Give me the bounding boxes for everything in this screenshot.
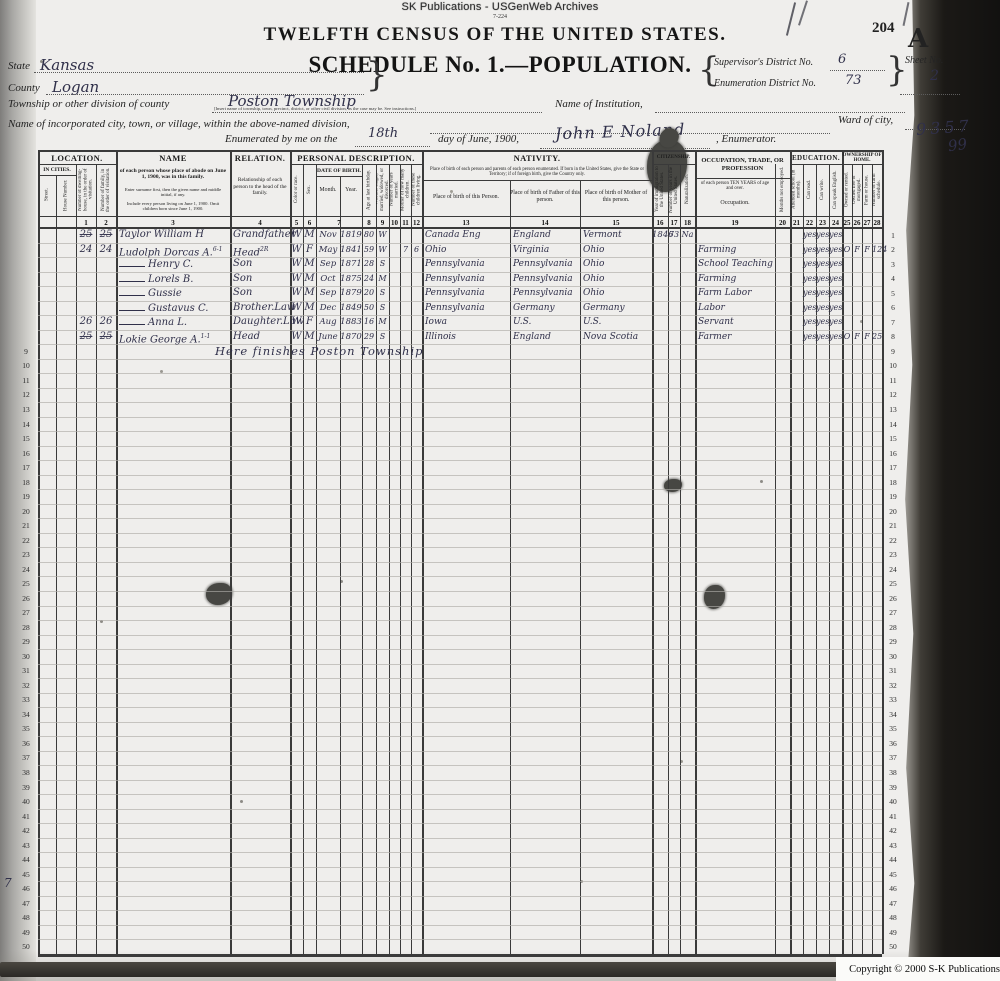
row5-pob: Pennsylvania <box>422 287 510 301</box>
col-label-owned: Owned or rented. <box>842 165 852 214</box>
row3-pob_m: Ohio <box>580 258 652 272</box>
row2-family: 24 <box>96 244 116 258</box>
col-number-farm: 27 <box>862 217 872 228</box>
row6-month: Dec <box>316 302 340 316</box>
dob-title: DATE OF BIRTH. <box>316 166 362 176</box>
row-number-right: 24 <box>885 562 901 577</box>
name-desc1: of each person whose place of abode on J… <box>118 167 228 181</box>
col-label-yrs_married: Number of years married. <box>389 165 400 214</box>
row7-month: Aug <box>316 316 340 330</box>
row2-dwell: 24 <box>76 244 96 258</box>
row6-sex: M <box>303 302 316 316</box>
row-number-left: 27 <box>18 606 34 621</box>
row-number-right: 20 <box>885 504 901 519</box>
row-line <box>38 852 882 853</box>
row6-age: 50 <box>362 302 376 316</box>
row-number-right: 1 <box>885 228 901 243</box>
row5-pob_m: Ohio <box>580 287 652 301</box>
row-number-right: 8 <box>885 330 901 345</box>
row6-write: yes <box>816 302 829 316</box>
row1-dwell: 25 <box>76 229 96 243</box>
row-number-right: 12 <box>885 388 901 403</box>
row1-pob_m: Vermont <box>580 229 652 243</box>
row-line <box>38 460 882 461</box>
nativity-desc: Place of birth of each person and parent… <box>424 165 650 179</box>
row6-pob: Pennsylvania <box>422 302 510 316</box>
row1-read: yes <box>803 229 816 243</box>
enumerator-suffix: , Enumerator. <box>716 133 776 145</box>
col-label-farm: Farm or house. <box>862 165 872 214</box>
col-number-months_unemp: 20 <box>775 217 790 228</box>
col-label-living: Number of these children living. <box>411 165 422 214</box>
row2-farm: F <box>862 244 872 258</box>
row-number-left: 42 <box>18 823 34 838</box>
row1-color: W <box>290 229 303 243</box>
column-line <box>389 164 390 954</box>
row-line <box>38 910 882 911</box>
col-label-months_unemp: Months not employed. <box>775 165 790 214</box>
row-number-right: 25 <box>885 576 901 591</box>
margin-mark: 7 <box>4 876 12 890</box>
col-number-pob_f: 14 <box>510 217 580 228</box>
relation-desc: Relationship of each person to the head … <box>233 172 287 202</box>
row-number-right: 5 <box>885 286 901 301</box>
row6-pob_m: Germany <box>580 302 652 316</box>
row2-relation: Head2R <box>230 244 290 258</box>
row-number-left: 29 <box>18 635 34 650</box>
row6-year: 1849 <box>340 302 362 316</box>
row-line <box>38 518 882 519</box>
col-label-family: Number of family, in the order of visita… <box>96 165 116 214</box>
row7-sex: F <box>303 316 316 330</box>
row-line <box>38 707 882 708</box>
row5-month: Sep <box>316 287 340 301</box>
row8-pob: Illinois <box>422 331 510 345</box>
page-letter: A <box>908 24 928 54</box>
row5-name: Gussie <box>116 287 230 301</box>
col-label-mortg: Owned free or mortgaged. <box>852 165 862 214</box>
col-label-color: Color or race. <box>290 165 303 214</box>
column-line <box>400 164 401 954</box>
row-number-left: 24 <box>18 562 34 577</box>
row-line <box>38 794 882 795</box>
row8-write: yes <box>816 331 829 345</box>
row7-pob: Iowa <box>422 316 510 330</box>
row3-relation: Son <box>230 258 290 272</box>
row8-farm: F <box>862 331 872 345</box>
state-label: State <box>8 60 30 72</box>
row7-family: 26 <box>96 316 116 330</box>
row6-relation: Brother.Law <box>230 302 290 316</box>
group-name: NAME <box>116 152 230 164</box>
col-number-mother: 11 <box>400 217 411 228</box>
row3-read: yes <box>803 258 816 272</box>
enumerated-date-rest: day of June, 1900, <box>438 133 519 145</box>
row-number-right: 26 <box>885 591 901 606</box>
row6-color: W <box>290 302 303 316</box>
row-line <box>38 939 882 940</box>
row3-pob_f: Pennsylvania <box>510 258 580 272</box>
row-number-right: 39 <box>885 780 901 795</box>
col-label-school: Attended school (in months). <box>790 165 803 214</box>
column-line <box>872 164 873 954</box>
sheet-label: Sheet No. <box>905 55 943 66</box>
row5-color: W <box>290 287 303 301</box>
row4-write: yes <box>816 273 829 287</box>
dob-year-label: Year. <box>340 185 362 195</box>
row8-year: 1870 <box>340 331 362 345</box>
row-number-right: 29 <box>885 635 901 650</box>
row-number-right: 9 <box>885 344 901 359</box>
col-label-english: Can speak English. <box>829 165 842 214</box>
enumerated-day-line <box>355 134 430 147</box>
row-line <box>38 431 882 432</box>
row-line <box>38 388 882 389</box>
col-number-name: 3 <box>116 217 230 228</box>
row-number-left: 33 <box>18 693 34 708</box>
row-number-left: 45 <box>18 867 34 882</box>
city-label: Name of incorporated city, town, or vill… <box>8 118 350 130</box>
row2-pob_m: Ohio <box>580 244 652 258</box>
name-desc3: Include every person living on June 1, 1… <box>120 200 226 212</box>
enumeration-value: 73 <box>845 73 862 88</box>
row-line <box>38 373 882 374</box>
row-number-left: 21 <box>18 518 34 533</box>
county-label: County <box>8 82 40 94</box>
row-number-left: 34 <box>18 707 34 722</box>
row-number-left: 35 <box>18 722 34 737</box>
row-number-left: 13 <box>18 402 34 417</box>
row-line <box>38 765 882 766</box>
row-number-left: 31 <box>18 664 34 679</box>
state-county-brace: } <box>366 55 388 95</box>
row-line <box>38 489 882 490</box>
row1-month: Nov <box>316 229 340 243</box>
row-number-right: 48 <box>885 910 901 925</box>
scan-bottom-strip <box>0 962 852 977</box>
row-number-right: 22 <box>885 533 901 548</box>
row-number-right: 11 <box>885 373 901 388</box>
row-number-left: 17 <box>18 460 34 475</box>
col-number-marital: 9 <box>376 217 389 228</box>
pob-father-label: Place of birth of Father of this person. <box>510 186 580 208</box>
column-line <box>96 164 97 954</box>
row-number-left: 26 <box>18 591 34 606</box>
row1-nat: Na <box>680 229 695 243</box>
row1-pob_f: England <box>510 229 580 243</box>
row8-sex: M <box>303 331 316 345</box>
row4-marital: M <box>376 273 389 287</box>
row-number-right: 41 <box>885 809 901 824</box>
group-personal: PERSONAL DESCRIPTION. <box>290 152 422 164</box>
row-number-right: 15 <box>885 431 901 446</box>
col-number-sex: 6 <box>303 217 316 228</box>
row4-occ: Farming <box>695 273 775 287</box>
col-label-street: Street. <box>38 176 56 214</box>
row7-color: W <box>290 316 303 330</box>
col-label-mother: Mother of how many children. <box>400 165 411 214</box>
row-line <box>38 838 882 839</box>
row-number-left: 10 <box>18 359 34 374</box>
row-number-right: 42 <box>885 823 901 838</box>
col-number-yrs_us: 17 <box>668 217 680 228</box>
row-number-right: 27 <box>885 606 901 621</box>
row8-owned: O <box>842 331 852 345</box>
dob-month-label: Month. <box>316 185 340 195</box>
row-number-right: 13 <box>885 402 901 417</box>
column-line <box>76 164 77 954</box>
row2-month: May <box>316 244 340 258</box>
row2-write: yes <box>816 244 829 258</box>
row4-color: W <box>290 273 303 287</box>
row1-imm: 1846 <box>652 229 668 243</box>
row6-read: yes <box>803 302 816 316</box>
column-line <box>852 164 853 954</box>
column-line <box>411 164 412 954</box>
row-line <box>38 649 882 650</box>
row-number-right: 43 <box>885 838 901 853</box>
row-number-right: 23 <box>885 547 901 562</box>
row8-relation: Head <box>230 331 290 345</box>
row5-write: yes <box>816 287 829 301</box>
row-line <box>38 809 882 810</box>
col-number-write: 23 <box>816 217 829 228</box>
row-number-left: 49 <box>18 925 34 940</box>
row-line <box>38 533 882 534</box>
row-number-right: 40 <box>885 794 901 809</box>
dob-underline <box>316 176 362 177</box>
row-number-right: 37 <box>885 751 901 766</box>
row8-english: yes <box>829 331 842 345</box>
handwritten-code-bottom: 99 <box>947 135 968 155</box>
row3-sex: M <box>303 258 316 272</box>
row3-age: 28 <box>362 258 376 272</box>
row-number-left: 37 <box>18 751 34 766</box>
row-number-right: 14 <box>885 417 901 432</box>
row7-name: Anna L. <box>116 316 230 330</box>
row-number-right: 46 <box>885 881 901 896</box>
row-line <box>38 736 882 737</box>
row-line <box>38 402 882 403</box>
row-number-left: 43 <box>18 838 34 853</box>
row8-sched: 25 <box>872 331 882 345</box>
col-label-read: Can read. <box>803 165 816 214</box>
row-number-right: 50 <box>885 939 901 954</box>
row5-age: 20 <box>362 287 376 301</box>
row5-sex: M <box>303 287 316 301</box>
col-number-occ: 19 <box>695 217 775 228</box>
row-line <box>38 547 882 548</box>
row-number-right: 19 <box>885 489 901 504</box>
row3-marital: S <box>376 258 389 272</box>
row-line <box>38 576 882 577</box>
col-number-yrs_married: 10 <box>389 217 400 228</box>
row8-dwell: 25 <box>76 331 96 345</box>
column-line <box>862 164 863 954</box>
row7-relation: Daughter.Law <box>230 316 290 330</box>
row1-family: 25 <box>96 229 116 243</box>
row3-color: W <box>290 258 303 272</box>
row8-family: 25 <box>96 331 116 345</box>
row5-occ: Farm Labor <box>695 287 775 301</box>
occupation-desc: of each person TEN YEARS of age and over… <box>697 180 773 192</box>
col-number-relation: 4 <box>230 217 290 228</box>
row-line <box>38 664 882 665</box>
col-number-mortg: 26 <box>852 217 862 228</box>
group-citizenship: CITIZENSHIP. <box>652 151 695 163</box>
row-line <box>38 591 882 592</box>
row-number-right: 28 <box>885 620 901 635</box>
row7-pob_m: U.S. <box>580 316 652 330</box>
column-line <box>668 164 669 954</box>
row2-color: W <box>290 244 303 258</box>
row-number-left: 22 <box>18 533 34 548</box>
row-number-left: 14 <box>18 417 34 432</box>
row-number-right: 16 <box>885 446 901 461</box>
row4-english: yes <box>829 273 842 287</box>
col-number-dob: 7 <box>316 217 362 228</box>
row2-living: 6 <box>411 244 422 258</box>
row2-sched: 124 <box>872 244 882 258</box>
supervisor-line <box>830 58 885 71</box>
row4-month: Oct <box>316 273 340 287</box>
row8-color: W <box>290 331 303 345</box>
col-label-yrs_us: Number of years in the United States. <box>668 165 680 214</box>
row-number-right: 38 <box>885 765 901 780</box>
row-number-left: 40 <box>18 794 34 809</box>
row-line <box>38 678 882 679</box>
row8-pob_m: Nova Scotia <box>580 331 652 345</box>
township-fineprint: [Insert name of township, town, precinct… <box>214 106 504 111</box>
row1-age: 80 <box>362 229 376 243</box>
col-label-house: House Number. <box>56 176 76 214</box>
col-number-nat: 18 <box>680 217 695 228</box>
row2-age: 59 <box>362 244 376 258</box>
township-label: Township or other division of county <box>8 98 169 110</box>
row-number-left: 9 <box>18 344 34 359</box>
row1-english: yes <box>829 229 842 243</box>
table-bottom-border <box>38 954 882 957</box>
row7-occ: Servant <box>695 316 775 330</box>
row-line <box>38 446 882 447</box>
group-education: EDUCATION. <box>790 152 842 164</box>
row8-pob_f: England <box>510 331 580 345</box>
row-number-left: 39 <box>18 780 34 795</box>
col-number-english: 24 <box>829 217 842 228</box>
row2-year: 1841 <box>340 244 362 258</box>
row-number-right: 4 <box>885 272 901 287</box>
row-line <box>38 504 882 505</box>
row4-pob: Pennsylvania <box>422 273 510 287</box>
row-number-left: 16 <box>18 446 34 461</box>
name-desc2: Enter surname first, then the given name… <box>120 186 226 198</box>
row-number-left: 47 <box>18 896 34 911</box>
col-number-school: 21 <box>790 217 803 228</box>
row-number-left: 44 <box>18 852 34 867</box>
row-line <box>38 475 882 476</box>
row-number-left: 12 <box>18 388 34 403</box>
row8-occ: Farmer <box>695 331 775 345</box>
row3-year: 1871 <box>340 258 362 272</box>
row-number-right: 34 <box>885 707 901 722</box>
row-number-right: 3 <box>885 257 901 272</box>
watermark: SK Publications - USGenWeb Archives <box>0 1 1000 13</box>
row-number-left: 25 <box>18 576 34 591</box>
row8-marital: S <box>376 331 389 345</box>
row2-mother: 7 <box>400 244 411 258</box>
row-number-right: 36 <box>885 736 901 751</box>
row-line <box>38 417 882 418</box>
col-label-sex: Sex. <box>303 165 316 214</box>
row4-name: Lorels B. <box>116 273 230 287</box>
col-number-dwell: 1 <box>76 217 96 228</box>
row-line <box>38 780 882 781</box>
group-nativity: NATIVITY. <box>422 152 652 164</box>
column-line <box>680 164 681 954</box>
row2-owned: O <box>842 244 852 258</box>
group-relation: RELATION. <box>230 152 290 164</box>
col-number-owned: 25 <box>842 217 852 228</box>
row2-read: yes <box>803 244 816 258</box>
col-number-family: 2 <box>96 217 116 228</box>
row1-marital: W <box>376 229 389 243</box>
row2-pob: Ohio <box>422 244 510 258</box>
row-line <box>38 896 882 897</box>
row2-mortg: F <box>852 244 862 258</box>
row1-name: Taylor William H <box>116 229 230 243</box>
col-number-living: 12 <box>411 217 422 228</box>
row-line <box>38 722 882 723</box>
signature-line <box>540 136 710 149</box>
note-row: Here finishes Poston Township <box>215 345 615 360</box>
col-number-pob: 13 <box>422 217 510 228</box>
col-number-pob_m: 15 <box>580 217 652 228</box>
row-number-right: 33 <box>885 693 901 708</box>
row-number-left: 15 <box>18 431 34 446</box>
row1-write: yes <box>816 229 829 243</box>
row-number-right: 2 <box>885 243 901 258</box>
col-number-age: 8 <box>362 217 376 228</box>
row3-name: Henry C. <box>116 258 230 272</box>
ink-blot <box>206 583 232 605</box>
row2-name: Ludolph Dorcas A.6-1 <box>116 244 230 258</box>
row3-english: yes <box>829 258 842 272</box>
col-number-color: 5 <box>290 217 303 228</box>
subgroup-in-cities: IN CITIES. <box>38 165 76 175</box>
row-number-left: 50 <box>18 939 34 954</box>
row4-age: 24 <box>362 273 376 287</box>
col-label-imm: Year of immigration to the United States… <box>652 165 668 214</box>
state-line <box>34 60 364 73</box>
row1-year: 1819 <box>340 229 362 243</box>
row5-english: yes <box>829 287 842 301</box>
row-number-left: 38 <box>18 765 34 780</box>
row-number-right: 17 <box>885 460 901 475</box>
col-label-marital: Whether single, married, widowed, or div… <box>376 165 389 214</box>
row-number-right: 10 <box>885 359 901 374</box>
row4-pob_m: Ohio <box>580 273 652 287</box>
row-number-left: 11 <box>18 373 34 388</box>
page-stamp: 204 <box>872 20 895 37</box>
col-number-read: 22 <box>803 217 816 228</box>
enumerated-label: Enumerated by me on the <box>225 133 337 145</box>
row-line <box>38 635 882 636</box>
col-number-sched: 28 <box>872 217 882 228</box>
row-line <box>38 606 882 607</box>
row-number-left: 20 <box>18 504 34 519</box>
row3-month: Sep <box>316 258 340 272</box>
row7-dwell: 26 <box>76 316 96 330</box>
